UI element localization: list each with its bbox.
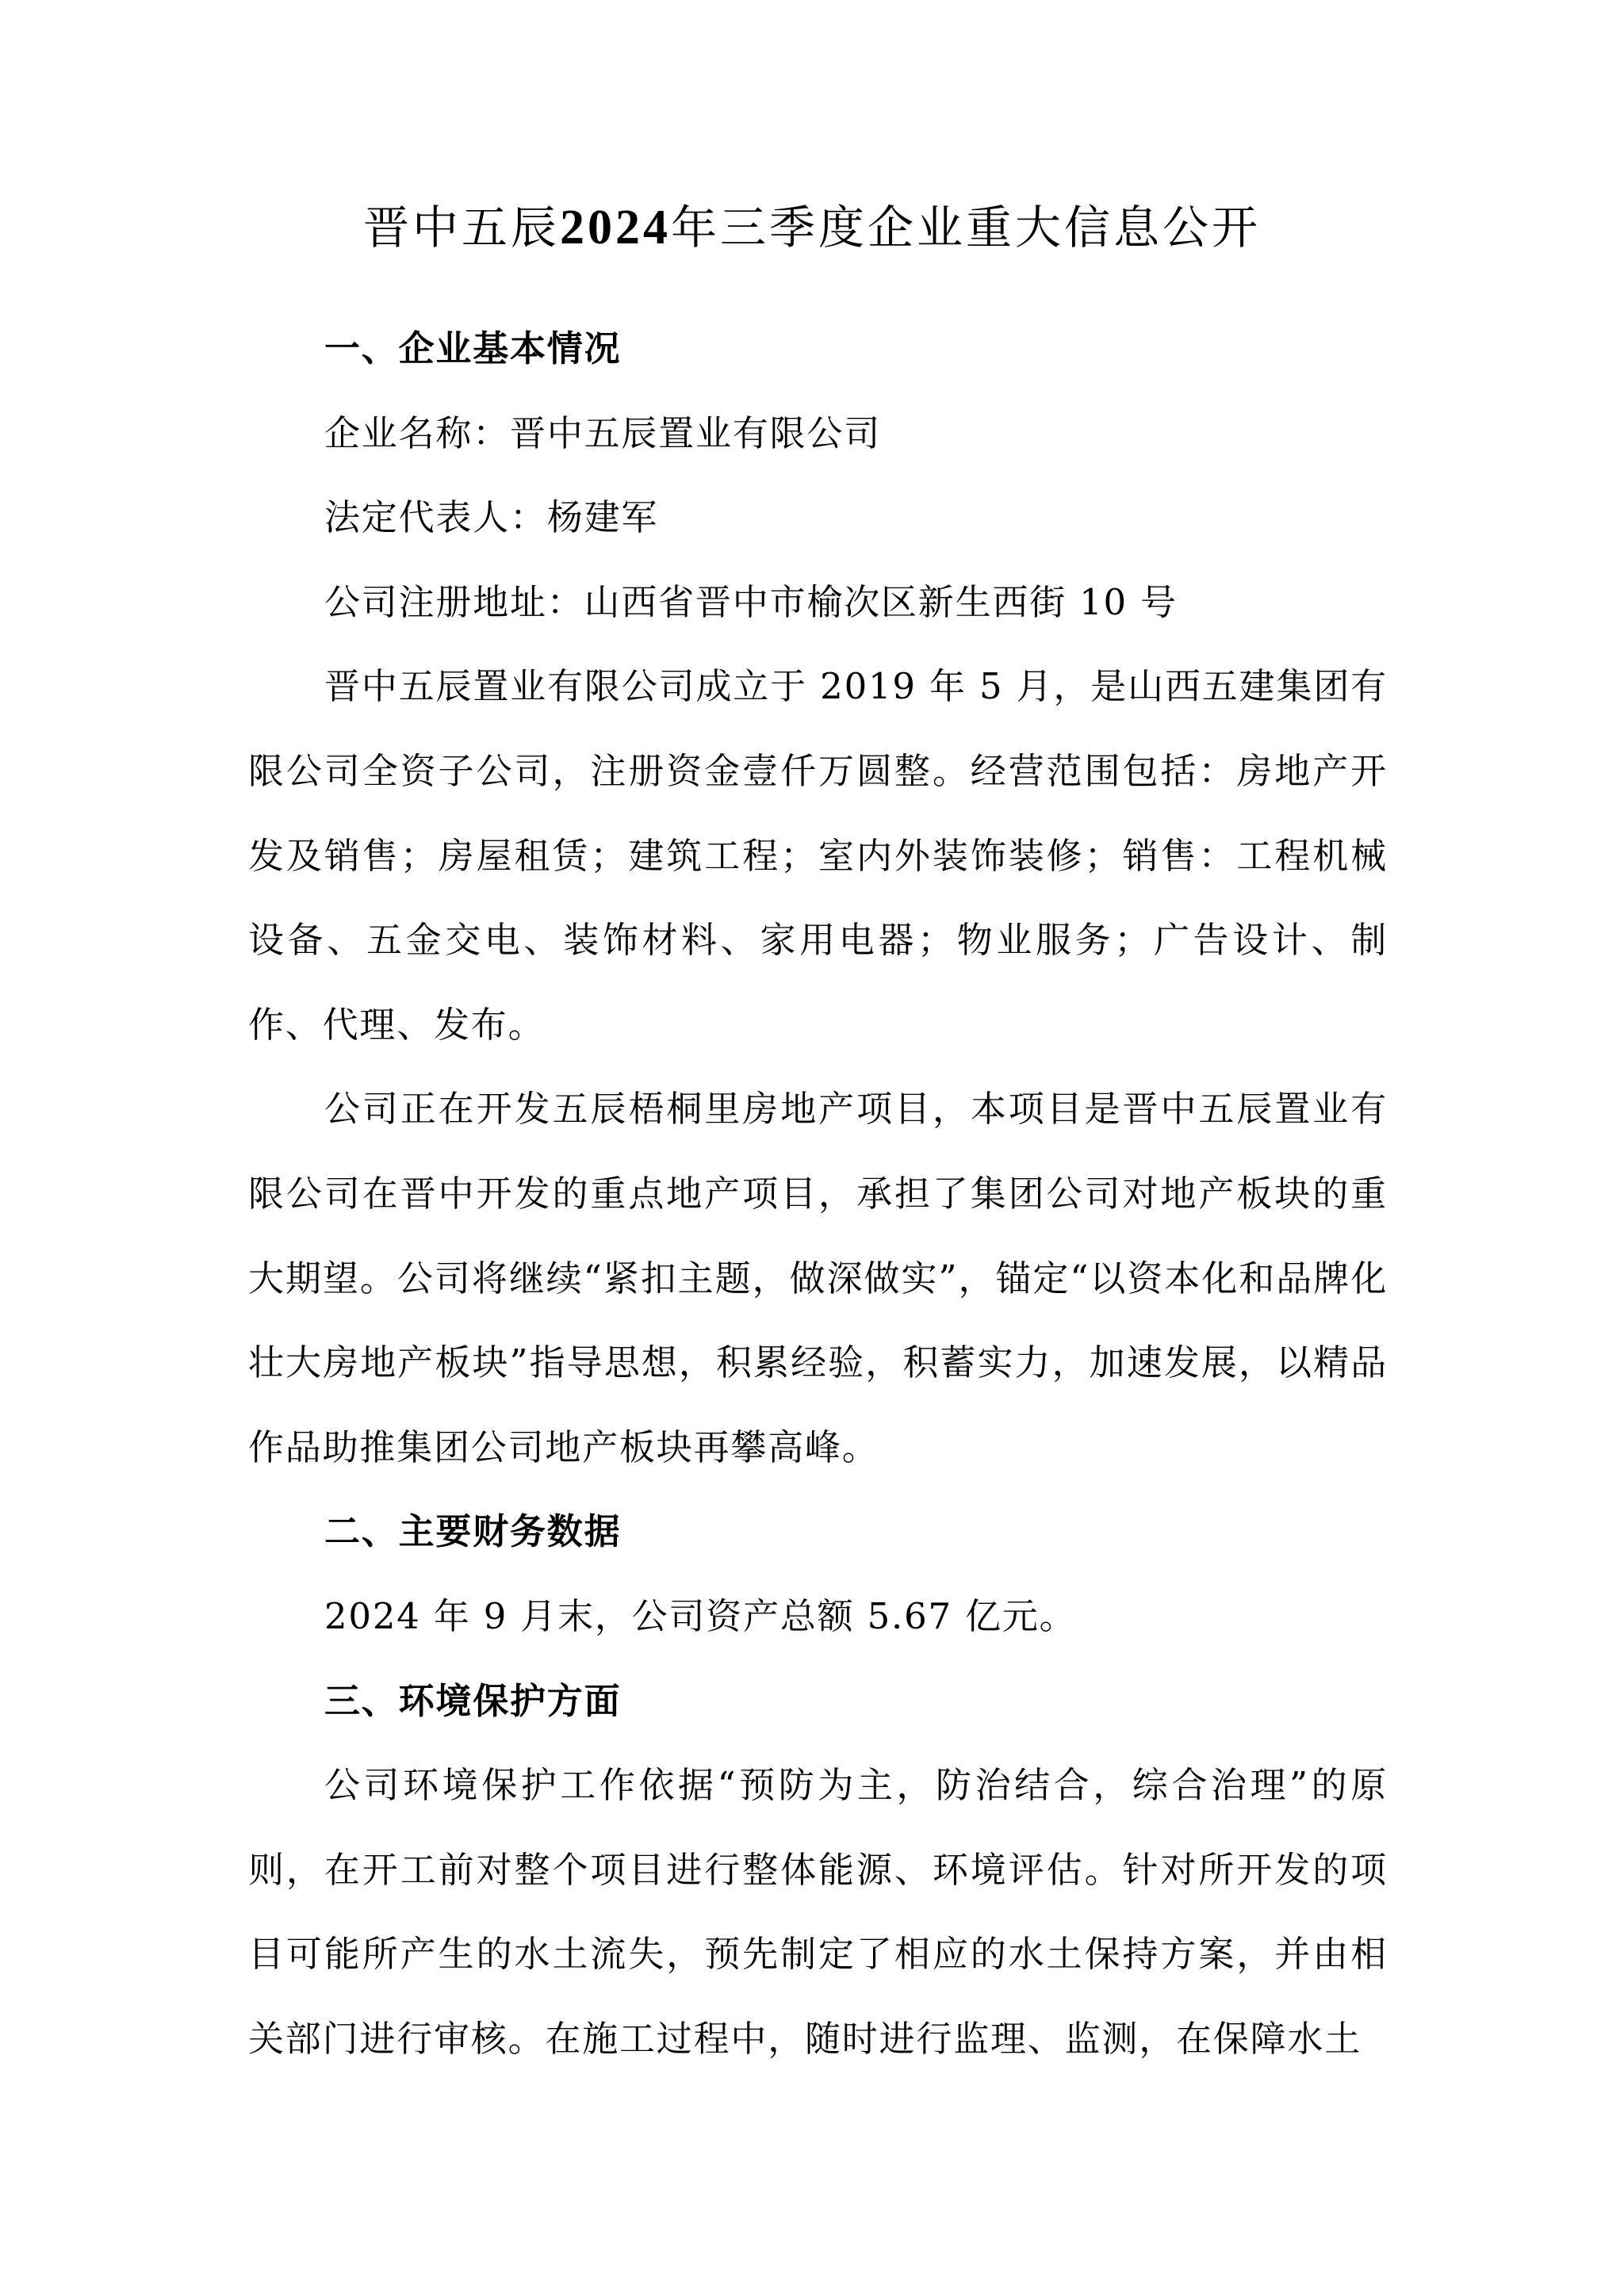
paragraph-company-overview: 晋中五辰置业有限公司成立于 2019 年 5 月，是山西五建集团有限公司全资子公… <box>248 645 1388 1067</box>
field-value: 山西省晋中市榆次区新生西街 10 号 <box>584 581 1178 623</box>
title-year: 2024 <box>560 201 671 254</box>
document-title: 晋中五辰2024年三季度企业重大信息公开 <box>0 194 1624 261</box>
field-label: 法定代表人： <box>324 496 547 538</box>
paragraph-project-overview: 公司正在开发五辰梧桐里房地产项目，本项目是晋中五辰置业有限公司在晋中开发的重点地… <box>248 1067 1388 1490</box>
title-suffix: 年三季度企业重大信息公开 <box>671 201 1261 254</box>
field-company-name: 企业名称：晋中五辰置业有限公司 <box>248 392 1388 476</box>
title-prefix: 晋中五辰 <box>363 201 560 254</box>
field-label: 企业名称： <box>324 412 510 454</box>
section-heading-financial-data: 二、主要财务数据 <box>248 1490 1388 1575</box>
paragraph-total-assets: 2024 年 9 月末，公司资产总额 5.67 亿元。 <box>248 1575 1388 1659</box>
field-value: 杨建军 <box>547 496 658 538</box>
field-legal-representative: 法定代表人：杨建军 <box>248 476 1388 561</box>
paragraph-environmental-protection: 公司环境保护工作依据“预防为主，防治结合，综合治理”的原则，在开工前对整个项目进… <box>248 1743 1388 2081</box>
document-page: 晋中五辰2024年三季度企业重大信息公开 一、企业基本情况 企业名称：晋中五辰置… <box>0 0 1624 2296</box>
field-label: 公司注册地址： <box>324 581 584 623</box>
section-heading-basic-info: 一、企业基本情况 <box>248 307 1388 392</box>
section-heading-environmental-protection: 三、环境保护方面 <box>248 1659 1388 1744</box>
field-registered-address: 公司注册地址：山西省晋中市榆次区新生西街 10 号 <box>248 561 1388 645</box>
field-value: 晋中五辰置业有限公司 <box>510 412 881 454</box>
document-body: 一、企业基本情况 企业名称：晋中五辰置业有限公司 法定代表人：杨建军 公司注册地… <box>248 307 1388 2081</box>
